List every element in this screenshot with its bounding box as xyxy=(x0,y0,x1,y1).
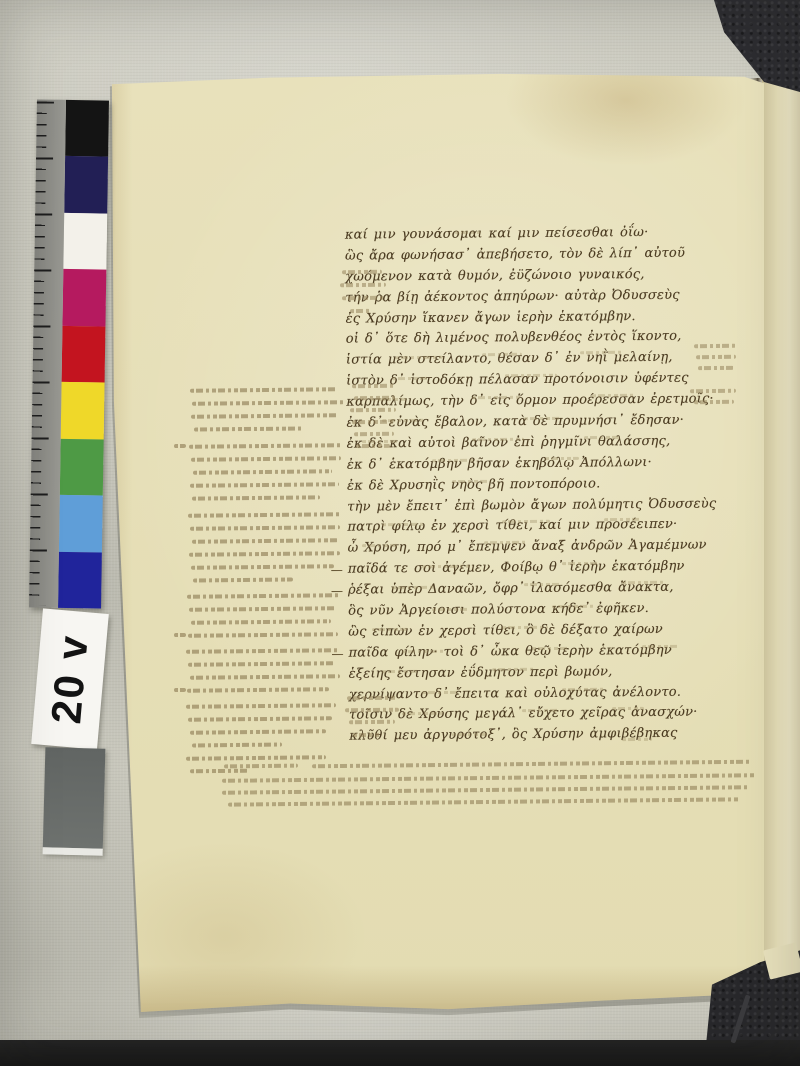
verse-text: ἐκ δὲ καὶ αὐτοὶ βαῖνον ἐπὶ ῥηγμῖνι θαλάσ… xyxy=(347,434,671,452)
verse-text: ὣς ἄρα φωνήσασ᾽ ἀπεβήσετο, τὸν δὲ λίπ᾽ α… xyxy=(345,246,685,264)
verse-text: πατρὶ φίλῳ ἐν χερσὶ τίθει, καί μιν προσέ… xyxy=(347,517,677,535)
color-patch xyxy=(58,551,102,608)
verse-text: χωόμενον κατὰ θυμόν, ἐϋζώνοιο γυναικός, xyxy=(345,267,645,285)
color-patch xyxy=(62,326,106,383)
verse-text: τὴν μὲν ἔπειτ᾽ ἐπὶ βωμὸν ἄγων πολύμητις … xyxy=(347,496,716,514)
manuscript-photograph: καί μιν γουνάσομαι καί μιν πείσεσθαι ὀΐω… xyxy=(0,0,800,1066)
verse-text: ἐκ δ᾽ ἑκατόμβην βῆσαν ἑκηβόλῳ Ἀπόλλωνι· xyxy=(347,455,652,473)
paragraphos-mark: — xyxy=(331,560,343,581)
text-line: κλῦθί μευ ἀργυρότοξ᾽, ὃς Χρύσην ἀμφιβέβη… xyxy=(349,724,711,748)
verse-text: τοῖσιν δὲ Χρύσης μεγάλ᾽ εὔχετο χεῖρας ἀν… xyxy=(349,705,698,723)
color-patch xyxy=(63,213,107,270)
verse-text: παῖδά τε σοὶ ἀγέμεν, Φοίβῳ θ᾽ ἱερὴν ἑκατ… xyxy=(348,559,685,577)
color-patch xyxy=(65,100,109,157)
verse-text: ἱστὸν δ᾽ ἱστοδόκῃ πέλασαν προτόνοισιν ὑφ… xyxy=(346,371,689,389)
folio-number: 20 v xyxy=(42,632,98,726)
verse-text: κλῦθί μευ ἀργυρότοξ᾽, ὃς Χρύσην ἀμφιβέβη… xyxy=(349,726,677,744)
verse-text: ὦ Χρύση, πρό μ᾽ ἔπεμψεν ἄναξ ἀνδρῶν Ἀγαμ… xyxy=(347,538,706,556)
color-patch xyxy=(60,439,104,496)
color-patches xyxy=(58,100,109,609)
verse-text: καρπαλίμως, τὴν δ᾽ εἰς ὅρμον προέρεσσαν … xyxy=(346,392,714,410)
color-patch xyxy=(64,156,108,213)
verse-text: καί μιν γουνάσομαι καί μιν πείσεσθαι ὀΐω… xyxy=(345,225,649,243)
color-calibration-bar xyxy=(29,99,109,608)
folio-number-label: 20 v xyxy=(31,608,109,749)
color-patch xyxy=(61,382,105,439)
verse-text: ἐκ δὲ Χρυσηῒς νηὸς βῆ ποντοπόροιο. xyxy=(347,476,601,493)
verse-text: οἱ δ᾽ ὅτε δὴ λιμένος πολυβενθέος ἐντὸς ἵ… xyxy=(346,329,682,347)
verse-text: ἱστία μὲν στείλαντο, θέσαν δ᾽ ἐν νηῒ μελ… xyxy=(346,350,673,368)
verse-text: παῖδα φίλην· τοὶ δ᾽ ὦκα θεῷ ἱερὴν ἑκατόμ… xyxy=(348,643,672,661)
main-text-block: καί μιν γουνάσομαι καί μιν πείσεσθαι ὀΐω… xyxy=(345,222,712,747)
color-patch xyxy=(62,269,106,326)
color-patch xyxy=(59,495,103,552)
grayscale-patch xyxy=(43,747,106,856)
verse-text: ὣς εἰπὼν ἐν χερσὶ τίθει, ὃ δὲ δέξατο χαί… xyxy=(348,622,663,640)
dark-background-bottom xyxy=(0,1040,800,1066)
verse-text: ῥέξαι ὑπὲρ Δαναῶν, ὄφρ᾽ ἱλασόμεσθα ἄνακτ… xyxy=(348,580,674,598)
facing-page-edge xyxy=(762,78,800,990)
verse-text: ὃς νῦν Ἀργείοισι πολύστονα κήδε᾽ ἐφῆκεν. xyxy=(348,601,649,619)
verse-text: ἐκ δ᾽ εὐνὰς ἔβαλον, κατὰ δὲ πρυμνήσι᾽ ἔδ… xyxy=(346,413,684,431)
paragraphos-mark: — xyxy=(331,581,343,602)
paragraphos-mark: — xyxy=(331,643,343,664)
verse-text: ἐς Χρύσην ἵκανεν ἄγων ἱερὴν ἑκατόμβην. xyxy=(345,309,635,327)
verse-text: τήν ῥα βίῃ ἀέκοντος ἀπηύρων· αὐτὰρ Ὀδυσσ… xyxy=(345,287,679,305)
verse-text: ἑξείης ἔστησαν ἐΰδμητον περὶ βωμόν, xyxy=(349,664,613,681)
verse-text: χερνίψαντο δ᾽ ἔπειτα καὶ οὐλοχύτας ἀνέλο… xyxy=(349,684,681,702)
